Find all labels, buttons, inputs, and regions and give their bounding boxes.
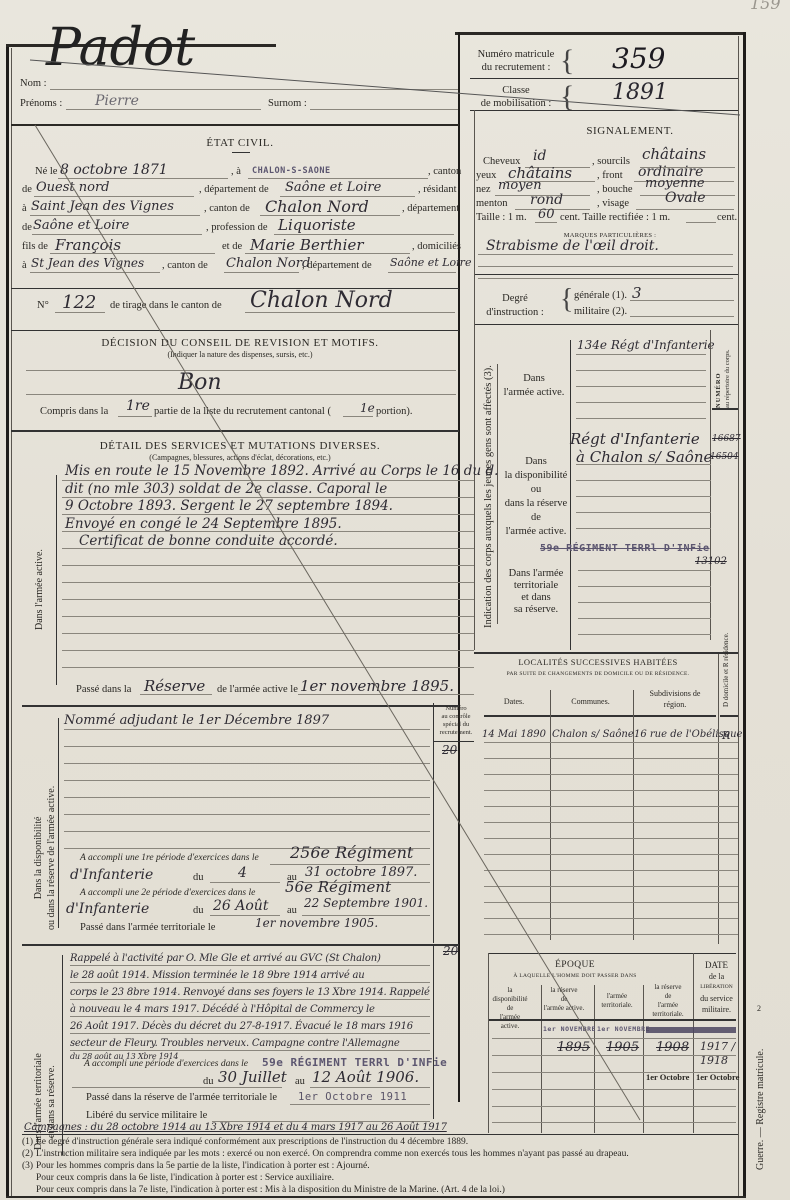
diagonal-cancel-line (0, 0, 790, 1200)
document-page: 159 Padot Nom : Prénoms : Pierre Surnom … (0, 0, 790, 1200)
